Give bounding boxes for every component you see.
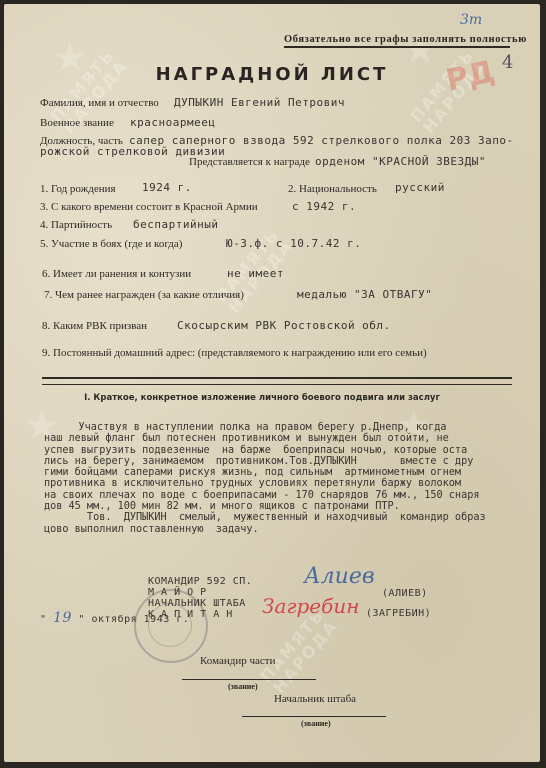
battles-label: 5. Участие в боях (где и когда): [40, 238, 182, 250]
narrative-line: лись на берегу, занимаемом противником.Т…: [44, 456, 534, 467]
name-value: ДУПЫКИН Евгений Петрович: [174, 96, 345, 109]
battles-value: Ю-З.ф. с 10.7.42 г.: [226, 237, 361, 250]
chief-of-staff-signature: Загребин: [262, 594, 359, 618]
date-day: 19: [53, 610, 72, 626]
chief-of-staff-label: Начальник штаба: [274, 693, 356, 705]
section-divider: [42, 377, 512, 385]
birth-year-value: 1924 г.: [142, 181, 192, 194]
narrative-line: гими бойцами саперами рискуя жизнь, под …: [44, 467, 534, 478]
party-value: беспартийный: [133, 218, 218, 231]
rank-caption: (звание): [228, 682, 258, 691]
nationality-label: 2. Национальность: [288, 183, 377, 195]
corner-handwritten-note: 3т: [460, 12, 482, 28]
commander-signature: Алиев: [304, 564, 375, 589]
date-month-year: октября 1943 г.: [91, 614, 189, 625]
chief-of-staff-name: (ЗАГРЕБИН): [366, 608, 431, 619]
rvk-value: Скосырским РВК Ростовской обл.: [177, 319, 391, 332]
narrative-line: наш левый фланг был потеснен противником…: [44, 433, 534, 444]
narrative-line: на своих плечах по воде с боеприпасами -…: [44, 490, 534, 501]
award-sheet-page: ★ ПАМЯТЬНАРОДА ★ ПАМЯТЬНАРОДА ПАМЯТЬНАРО…: [4, 4, 540, 762]
birth-year-label: 1. Год рождения: [40, 183, 116, 195]
nominated-value: орденом "КРАСНОЙ ЗВЕЗДЫ": [315, 155, 486, 168]
wounds-label: 6. Имеет ли ранения и контузии: [42, 268, 191, 280]
narrative-line: противника в исключительно трудных услов…: [44, 478, 534, 489]
unit-commander-label: Командир части: [200, 655, 275, 667]
rvk-label: 8. Каким РВК призван: [42, 320, 147, 332]
address-label: 9. Постоянный домашний адрес: (представл…: [42, 347, 427, 359]
rank-value: красноармеец: [130, 116, 215, 129]
prev-awards-value: медалью "ЗА ОТВАГУ": [297, 288, 432, 301]
merit-narrative: Участвуя в наступлении полка на правом б…: [54, 422, 534, 535]
watermark: ПАМЯТЬНАРОДА: [257, 606, 341, 697]
narrative-line: Участвуя в наступлении полка на правом б…: [54, 422, 534, 433]
name-label: Фамилия, имя и отчество: [40, 97, 159, 109]
commander-signature-line: [182, 679, 316, 680]
chief-signature-line: [242, 716, 386, 717]
date-line: " 19 " октября 1943 г.: [40, 610, 189, 626]
narrative-line: дов 45 мм., 100 мин 82 мм. и много ящико…: [44, 501, 534, 512]
mandatory-note: Обязательно все графы заполнять полность…: [284, 34, 510, 48]
army-since-value: с 1942 г.: [292, 200, 356, 213]
nominated-label: Представляется к награде: [189, 156, 310, 168]
commander-rank: М А Й О Р: [148, 587, 207, 598]
narrative-line: цово выполнил поставленную задачу.: [44, 524, 534, 535]
commander-name: (АЛИЕВ): [382, 588, 428, 599]
commander-title: КОМАНДИР 592 СП.: [148, 576, 252, 587]
document-title: НАГРАДНОЙ ЛИСТ: [4, 64, 540, 85]
rank-caption: (звание): [301, 719, 331, 728]
chief-of-staff-title: НАЧАЛЬНИК ШТАБА: [148, 598, 246, 609]
section-title: I. Краткое, конкретное изложение личного…: [4, 393, 520, 403]
prev-awards-label: 7. Чем ранее награжден (за какие отличия…: [44, 289, 244, 301]
rank-label: Военное звание: [40, 117, 114, 129]
army-since-label: 3. С какого времени состоит в Красной Ар…: [40, 201, 258, 213]
narrative-line: Тов. ДУПЫКИН смелый, мужественный и нахо…: [44, 512, 534, 523]
party-label: 4. Партийность: [40, 219, 112, 231]
nationality-value: русский: [395, 181, 445, 194]
wounds-value: не имеет: [227, 267, 284, 280]
narrative-line: успев выгрузить подвезенные на барже бое…: [44, 445, 534, 456]
